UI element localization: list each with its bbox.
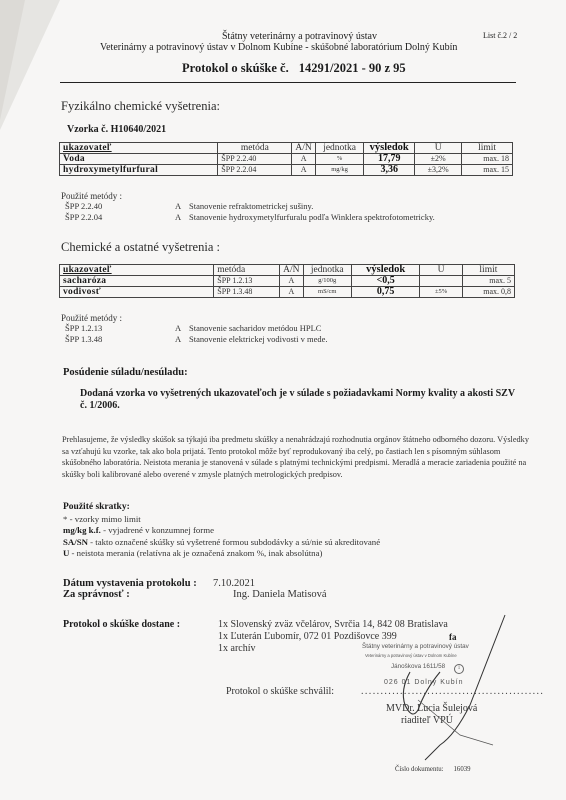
doc-number-label: Číslo dokumentu: xyxy=(395,766,444,773)
document-number: Číslo dokumentu:16039 xyxy=(395,766,471,773)
document-page: ​ Štátny veterinárny a potravinový ústav… xyxy=(0,0,566,800)
handwritten-signature xyxy=(0,0,566,800)
doc-number-value: 16039 xyxy=(454,766,471,773)
